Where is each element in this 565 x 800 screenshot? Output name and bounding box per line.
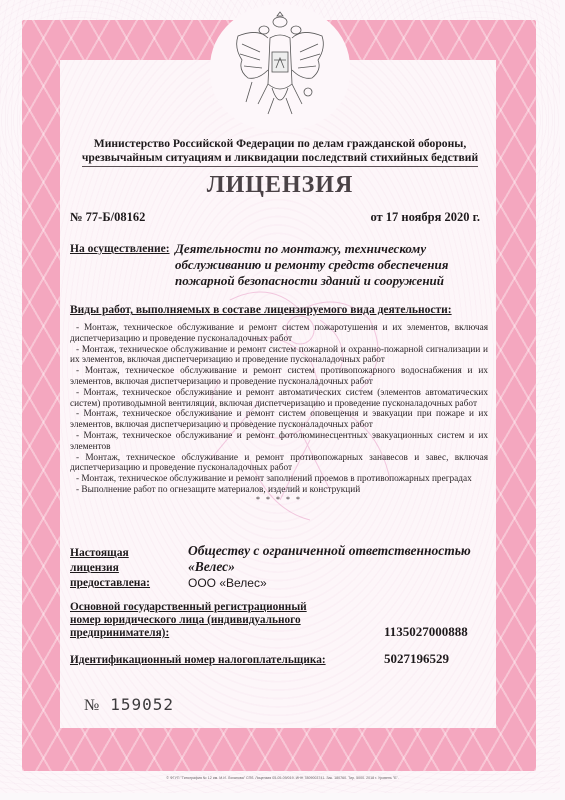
licensee-full-name: Обществу с ограниченной ответственностью… <box>188 543 498 575</box>
granted-label: Настоящая лицензия предоставлена: <box>70 546 180 591</box>
list-item: - Монтаж, техническое обслуживание и рем… <box>70 431 488 453</box>
list-item: - Монтаж, техническое обслуживание и рем… <box>70 366 488 388</box>
form-serial-number: №159052 <box>84 695 174 715</box>
inn-value: 5027196529 <box>384 651 449 667</box>
activity-text: Деятельности по монтажу, техническому об… <box>175 241 495 289</box>
list-item: - Монтаж, техническое обслуживание и рем… <box>70 388 488 410</box>
document-title: ЛИЦЕНЗИЯ <box>60 172 500 199</box>
ministry-line-1: Министерство Российской Федерации по дел… <box>60 137 500 151</box>
ogrn-label: Основной государственный регистрационный… <box>70 601 330 640</box>
list-item: - Монтаж, техническое обслуживание и рем… <box>70 474 488 485</box>
russian-coat-of-arms-icon <box>228 8 332 122</box>
works-list: - Монтаж, техническое обслуживание и рем… <box>70 323 488 504</box>
number-sign: № <box>84 697 100 714</box>
separator-stars: * * * * * <box>70 496 488 504</box>
license-page: Министерство Российской Федерации по дел… <box>0 0 560 793</box>
licensee-short-name: ООО «Велес» <box>188 576 267 590</box>
list-item: - Монтаж, техническое обслуживание и рем… <box>70 323 488 345</box>
inn-label: Идентификационный номер налогоплательщик… <box>70 654 326 666</box>
ogrn-value: 1135027000888 <box>384 624 468 640</box>
printer-imprint: © ФГУП "Типография № 12 им. М.И. Лоханов… <box>0 776 565 780</box>
ministry-line-2: чрезвычайным ситуациям и ликвидации посл… <box>82 151 478 167</box>
list-item: - Монтаж, техническое обслуживание и рем… <box>70 345 488 367</box>
serial-value: 159052 <box>110 695 174 714</box>
works-heading: Виды работ, выполняемых в составе лиценз… <box>70 304 452 316</box>
list-item: - Монтаж, техническое обслуживание и рем… <box>70 453 488 475</box>
ministry-heading: Министерство Российской Федерации по дел… <box>60 137 500 167</box>
license-date: от 17 ноября 2020 г. <box>370 210 480 225</box>
activity-label: На осуществление: <box>70 243 170 255</box>
license-number: № 77-Б/08162 <box>70 210 145 225</box>
list-item: - Монтаж, техническое обслуживание и рем… <box>70 409 488 431</box>
